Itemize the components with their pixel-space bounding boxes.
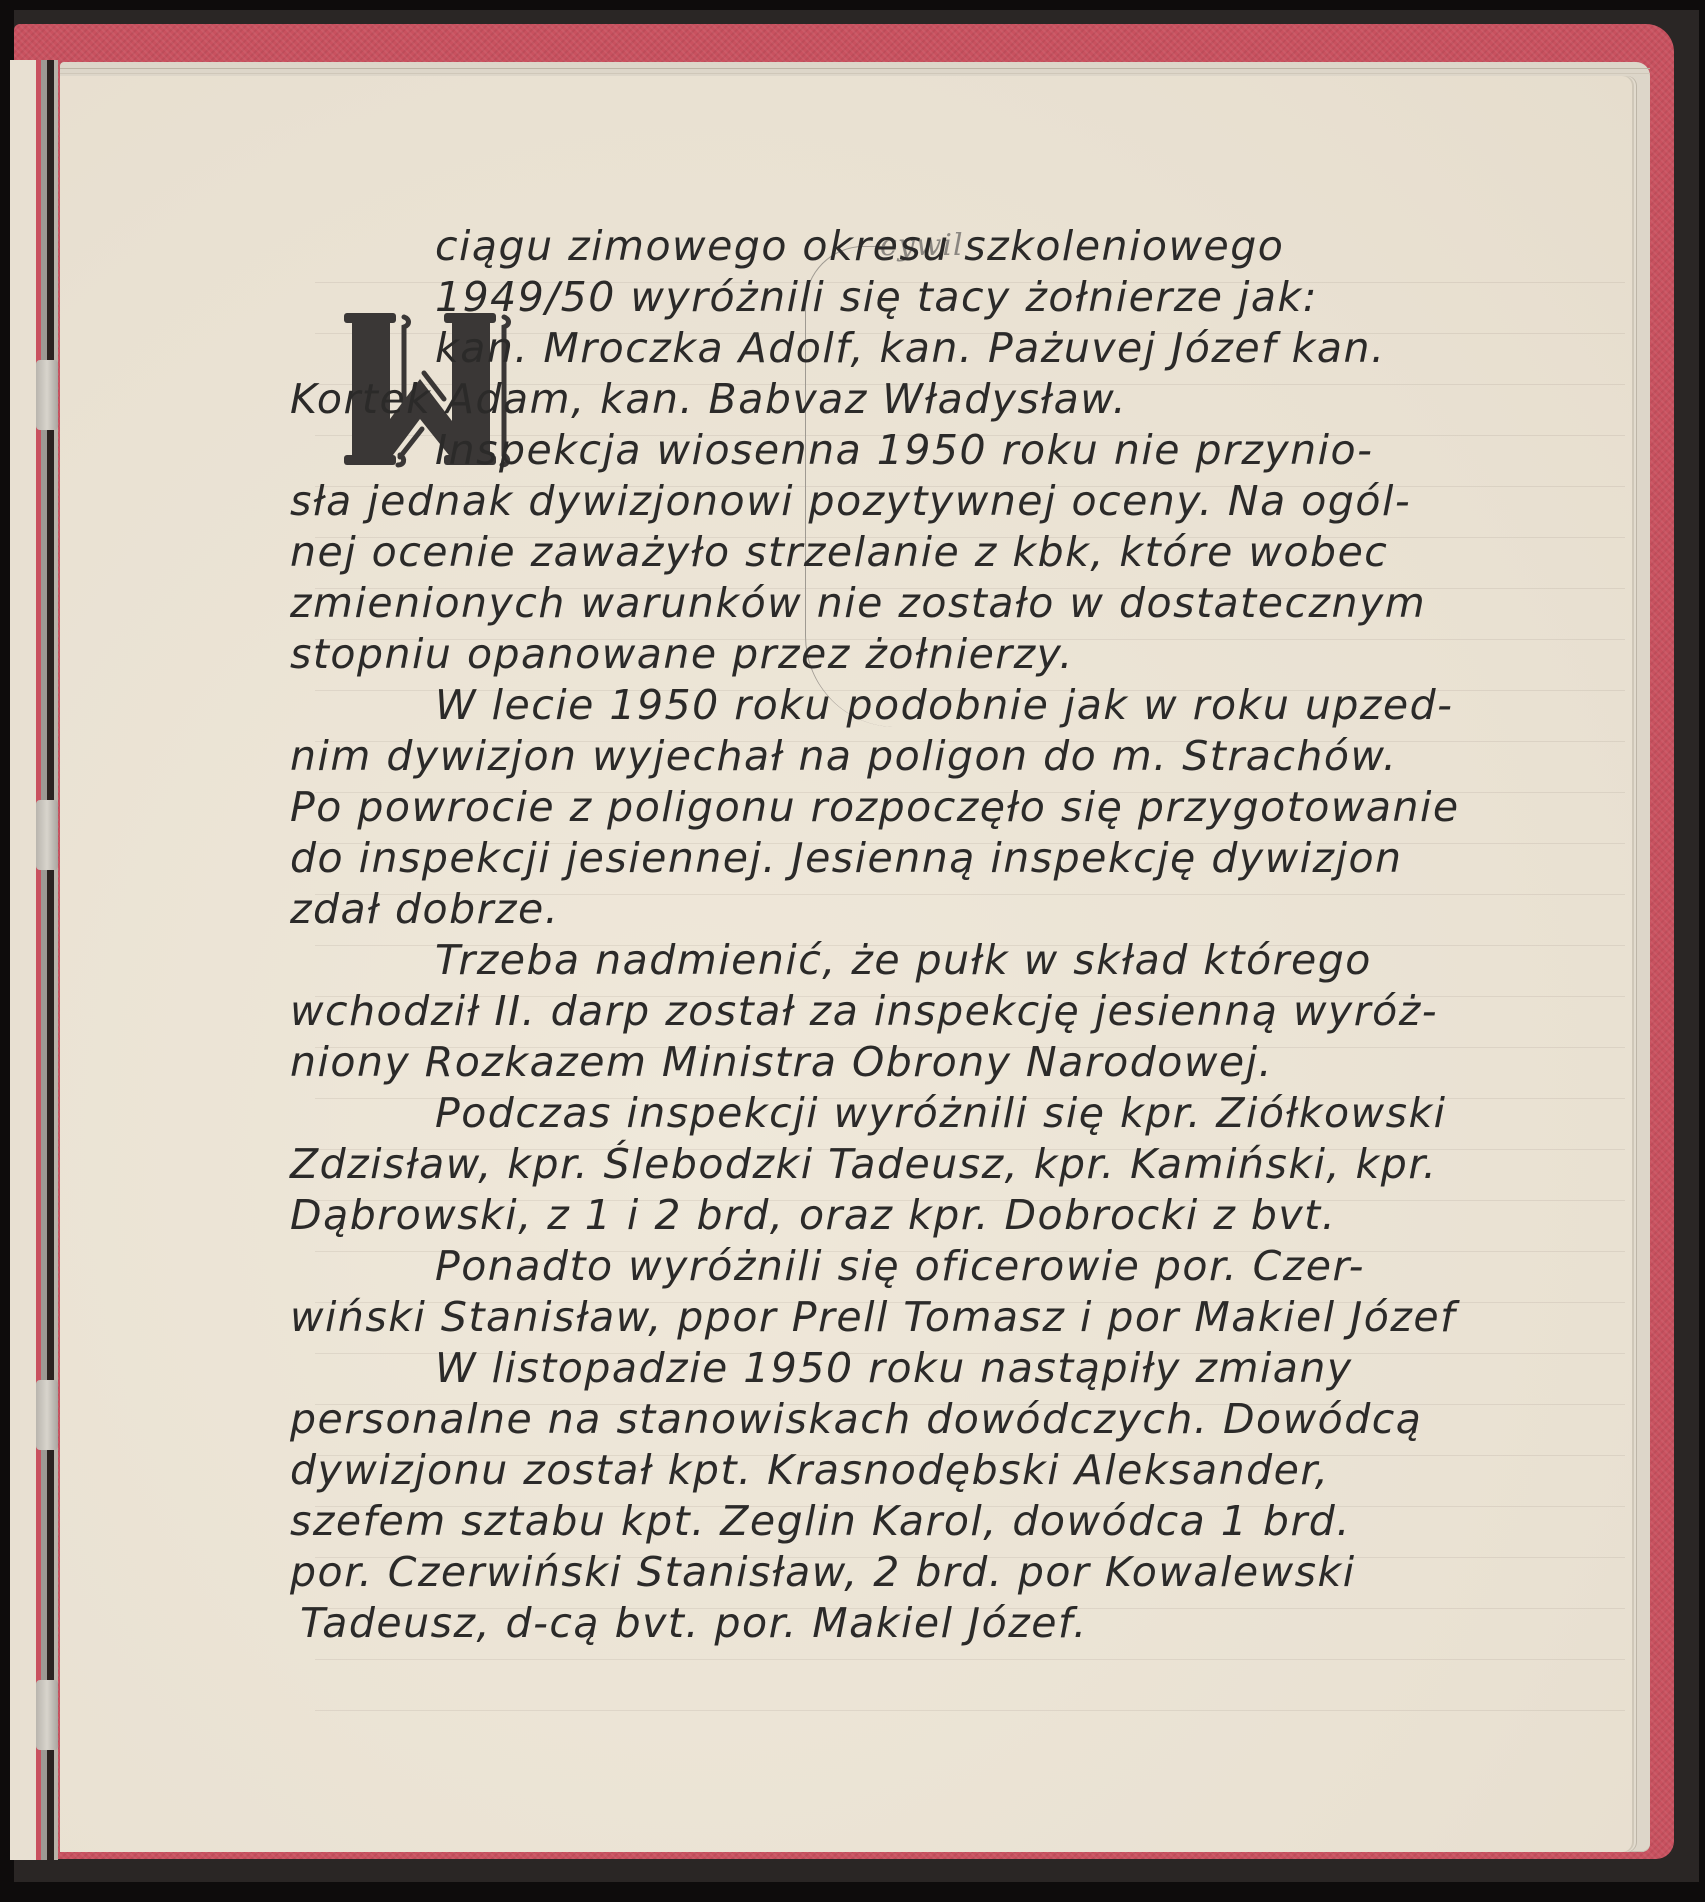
binding-stitch [36, 360, 58, 430]
binding-stitch [36, 800, 58, 870]
text-line: Podczas inspekcji wyróżnili się kpr. Zió… [435, 1088, 1447, 1139]
binding-stitch [36, 1380, 58, 1450]
text-line: personalne na stanowiskach dowódczych. D… [290, 1394, 1422, 1445]
text-line: do inspekcji jesiennej. Jesienną inspekc… [290, 833, 1403, 884]
text-line: Po powrocie z poligonu rozpoczęło się pr… [290, 782, 1460, 833]
text-line: wchodził II. darp został za inspekcję je… [290, 986, 1438, 1037]
text-line: ciągu zimowego okresu szkoleniowego [435, 221, 1284, 272]
text-line: Zdzisław, kpr. Ślebodzki Tadeusz, kpr. K… [290, 1139, 1437, 1190]
text-line: stopniu opanowane przez żołnierzy. [290, 629, 1074, 680]
text-line: szefem sztabu kpt. Zeglin Karol, dowódca… [290, 1496, 1351, 1547]
ruled-line [315, 1659, 1625, 1660]
text-line: W lecie 1950 roku podobnie jak w roku up… [435, 680, 1453, 731]
text-line: sła jednak dywizjonowi pozytywnej oceny.… [290, 476, 1411, 527]
previous-page-edge [10, 60, 38, 1860]
book-binding [36, 60, 58, 1860]
manuscript-page: cywil ciągu zimowego okresu szkolenioweg… [60, 76, 1632, 1852]
text-line: Trzeba nadmienić, że pułk w skład któreg… [435, 935, 1372, 986]
binding-stitch [36, 1680, 58, 1750]
ruled-line [315, 1710, 1625, 1711]
text-line: Tadeusz, d-cą bvt. por. Makiel Józef. [300, 1598, 1088, 1649]
text-line: wiński Stanisław, ppor Prell Tomasz i po… [290, 1292, 1456, 1343]
text-line: Ponadto wyróżnili się oficerowie por. Cz… [435, 1241, 1365, 1292]
text-line: Dąbrowski, z 1 i 2 brd, oraz kpr. Dobroc… [290, 1190, 1336, 1241]
text-line: niony Rozkazem Ministra Obrony Narodowej… [290, 1037, 1273, 1088]
text-line: W listopadzie 1950 roku nastąpiły zmiany [435, 1343, 1353, 1394]
text-line: dywizjonu został kpt. Krasnodębski Aleks… [290, 1445, 1329, 1496]
text-line: zdał dobrze. [290, 884, 559, 935]
text-line: kan. Mroczka Adolf, kan. Pażuvej Józef k… [435, 323, 1385, 374]
text-line: nej ocenie zaważyło strzelanie z kbk, kt… [290, 527, 1388, 578]
text-line: Kortek Adam, kan. Babvaz Władysław. [290, 374, 1127, 425]
manuscript-text: ciągu zimowego okresu szkoleniowego 1949… [330, 76, 388, 1606]
text-line: por. Czerwiński Stanisław, 2 brd. por Ko… [290, 1547, 1356, 1598]
text-line: zmienionych warunków nie zostało w dosta… [290, 578, 1426, 629]
text-line: 1949/50 wyróżnili się tacy żołnierze jak… [435, 272, 1318, 323]
text-line: Inspekcja wiosenna 1950 roku nie przynio… [435, 425, 1373, 476]
text-line: nim dywizjon wyjechał na poligon do m. S… [290, 731, 1397, 782]
